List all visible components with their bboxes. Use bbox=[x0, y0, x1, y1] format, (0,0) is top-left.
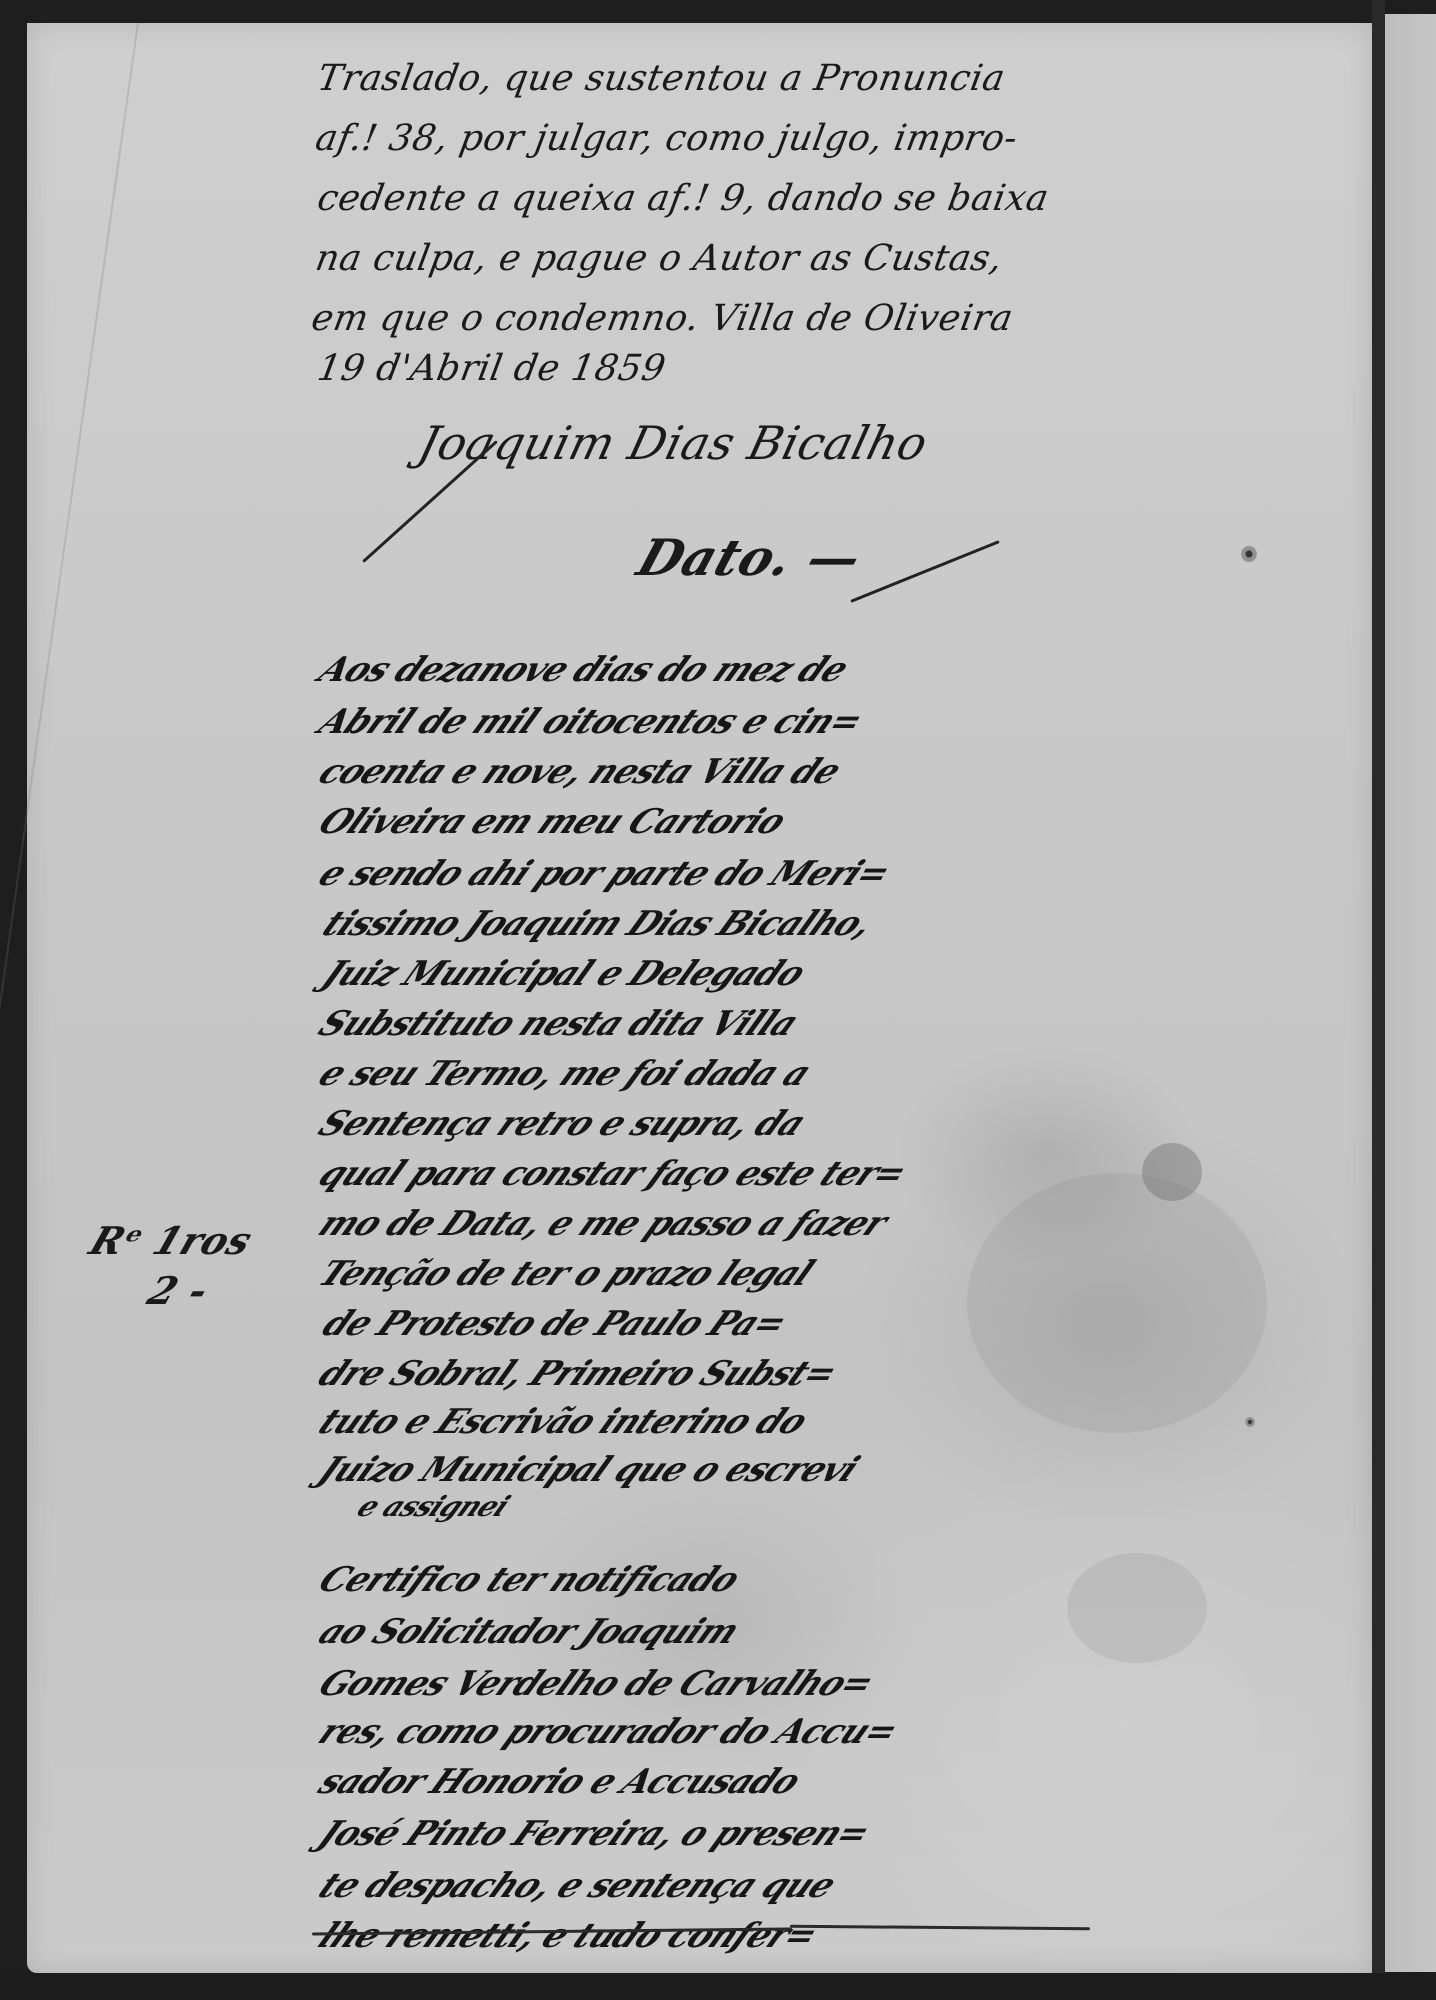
text-line: Sentença retro e supra, da bbox=[311, 1104, 812, 1144]
text-line: e seu Termo, me foi dada a bbox=[311, 1054, 817, 1094]
text-line: Gomes Verdelho de Carvalho= bbox=[311, 1664, 881, 1704]
section-heading: Dato. — bbox=[630, 528, 869, 587]
text-line: Substituto nesta dita Villa bbox=[311, 1004, 805, 1044]
text-line: Certifico ter notificado bbox=[311, 1560, 746, 1600]
date-line: 19 d'Abril de 1859 bbox=[314, 348, 669, 389]
text-line: Traslado, que sustentou a Pronuncia bbox=[314, 58, 1008, 99]
water-stain bbox=[1067, 1553, 1207, 1663]
text-line: José Pinto Ferreira, o presen= bbox=[311, 1814, 877, 1854]
paper-blemish bbox=[1245, 1417, 1255, 1428]
text-line: coenta e nove, nesta Villa de bbox=[311, 752, 847, 792]
text-line: Aos dezanove dias do mez de bbox=[311, 650, 855, 690]
text-line: res, como procurador do Accu= bbox=[311, 1712, 905, 1752]
text-line: Tenção de ter o prazo legal bbox=[311, 1254, 820, 1294]
text-line: qual para constar faço este ter= bbox=[311, 1154, 913, 1194]
text-line: e sendo ahi por parte do Meri= bbox=[311, 854, 897, 894]
text-line: lhe remetti, e tudo confer= bbox=[311, 1916, 824, 1956]
text-line: na culpa, e pague o Autor as Custas, bbox=[312, 238, 1005, 279]
text-line: af.! 38, por julgar, como julgo, impro- bbox=[312, 118, 1020, 159]
text-line: ao Solicitador Joaquim bbox=[311, 1612, 746, 1652]
text-line: e assignei bbox=[351, 1490, 515, 1523]
text-line: te despacho, e sentença que bbox=[311, 1866, 842, 1906]
text-line: Oliveira em meu Cartorio bbox=[311, 802, 792, 842]
text-line: tissimo Joaquim Dias Bicalho, bbox=[315, 904, 880, 944]
text-line: Abril de mil oitocentos e cin= bbox=[311, 702, 870, 742]
scanner-bottom-edge bbox=[0, 1973, 1436, 2000]
water-stain bbox=[967, 1173, 1267, 1433]
text-line: Juiz Municipal e Delegado bbox=[315, 954, 812, 994]
book-gutter bbox=[1372, 0, 1385, 2000]
adjacent-page-edge bbox=[1385, 14, 1436, 1972]
text-line: tuto e Escrivão interino do bbox=[311, 1402, 814, 1442]
text-line: Juizo Municipal que o escrevi bbox=[311, 1450, 865, 1490]
paper-blemish bbox=[1241, 545, 1257, 563]
text-line: mo de Data, e me passo a fazer bbox=[311, 1204, 894, 1244]
text-line: dre Sobral, Primeiro Subst= bbox=[311, 1354, 844, 1394]
text-line: de Protesto de Paulo Pa= bbox=[315, 1304, 794, 1344]
text-line: sador Honorio e Accusado bbox=[311, 1762, 807, 1802]
margin-note-line: Rᵉ 1ros bbox=[84, 1218, 259, 1263]
text-line: em que o condemno. Villa de Oliveira bbox=[308, 298, 1016, 339]
text-line: cedente a queixa af.! 9, dando se baixa bbox=[314, 178, 1052, 219]
